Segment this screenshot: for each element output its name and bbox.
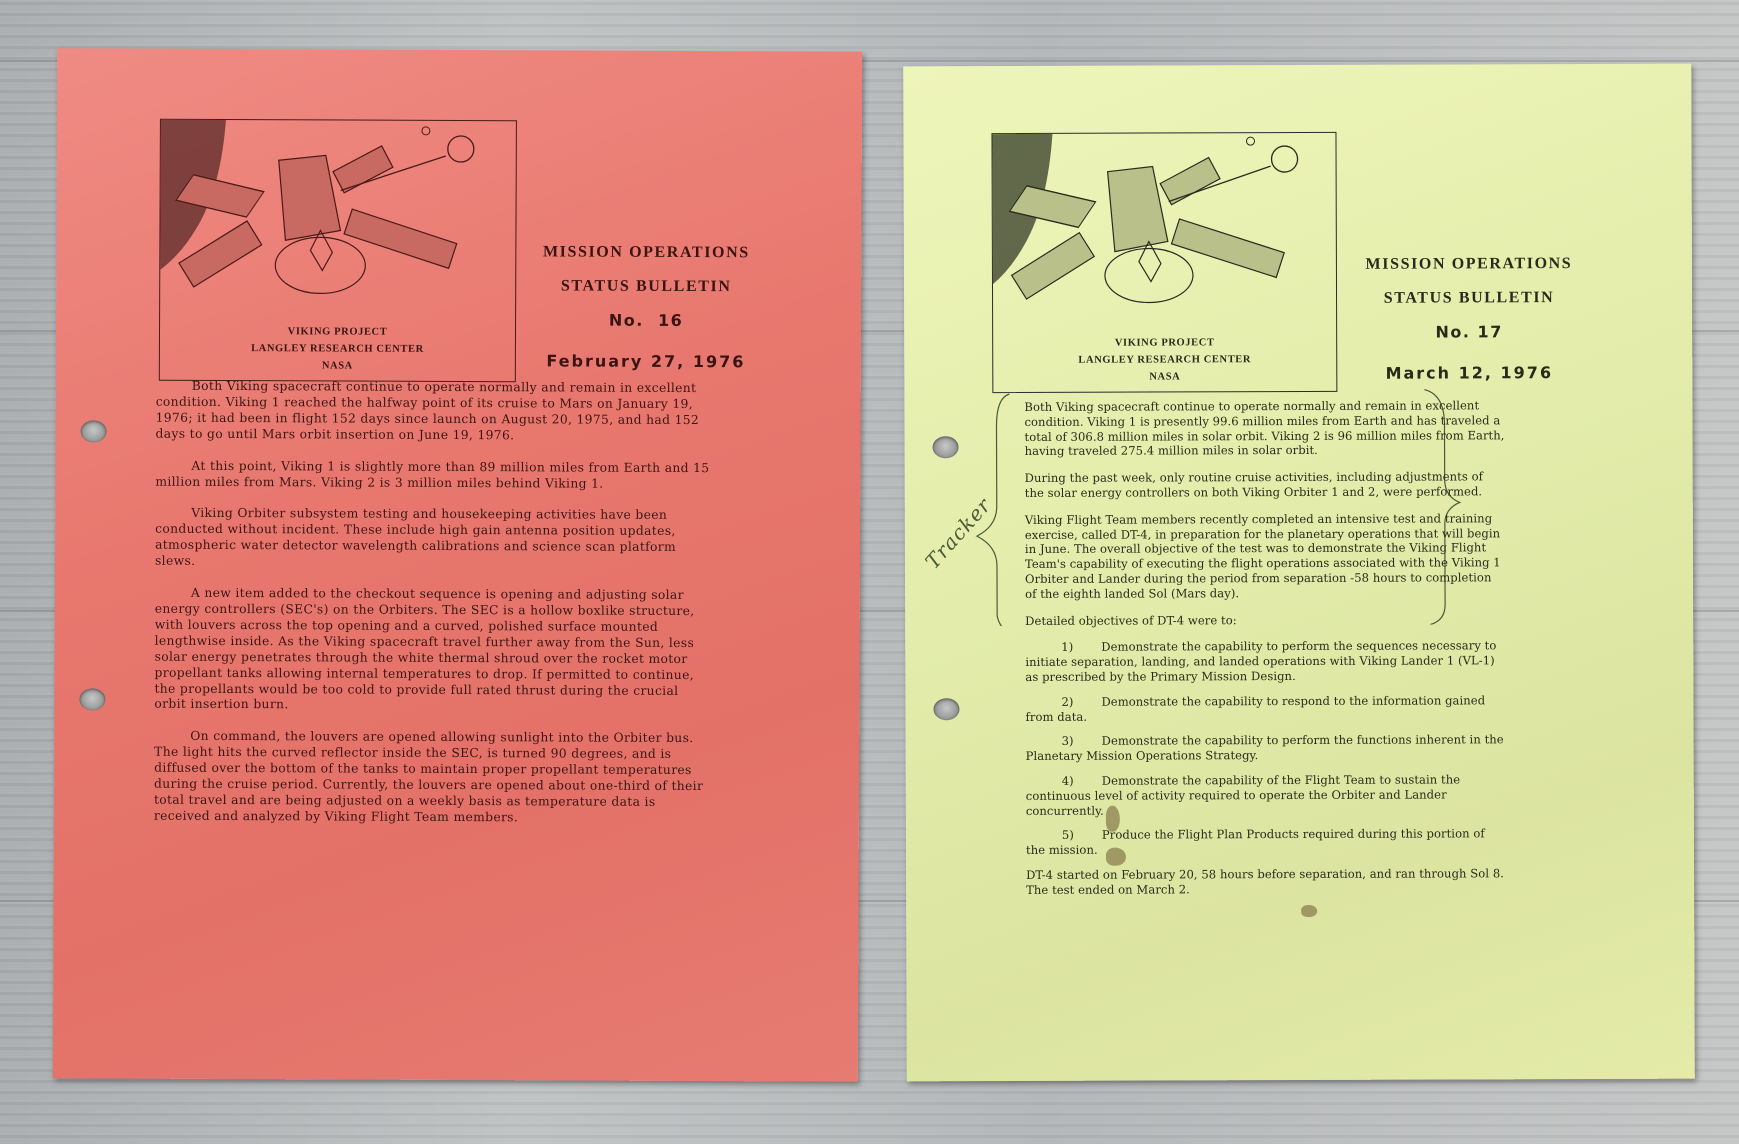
bulletin-number: No. 16 <box>526 303 766 338</box>
caption-line: VIKING PROJECT <box>993 334 1336 352</box>
objective-number: 1) <box>1061 640 1101 655</box>
body-paragraph: During the past week, only routine cruis… <box>1025 469 1505 500</box>
bulletin-body: Both Viking spacecraft continue to opera… <box>154 379 716 843</box>
closing-paragraph: DT-4 started on February 20, 58 hours be… <box>1026 866 1506 897</box>
punch-hole <box>81 420 107 442</box>
caption-line: VIKING PROJECT <box>160 323 515 342</box>
body-paragraph: Detailed objectives of DT-4 were to: <box>1025 612 1505 628</box>
caption-line: LANGLEY RESEARCH CENTER <box>993 351 1336 369</box>
masthead-caption: VIKING PROJECT LANGLEY RESEARCH CENTER N… <box>993 334 1336 386</box>
bulletin-number: No. 17 <box>1349 315 1589 350</box>
body-paragraph: Both Viking spacecraft continue to opera… <box>156 379 716 445</box>
masthead-illustration: VIKING PROJECT LANGLEY RESEARCH CENTER N… <box>991 132 1337 393</box>
punch-hole <box>79 688 105 710</box>
viking-orbiter-illustration <box>992 133 1336 334</box>
objective-number: 4) <box>1062 774 1102 789</box>
caption-line: LANGLEY RESEARCH CENTER <box>160 340 515 359</box>
bulletin-body: Both Viking spacecraft continue to opera… <box>1024 398 1506 909</box>
bulletin-date: March 12, 1976 <box>1349 363 1589 383</box>
bulletin-17-page: VIKING PROJECT LANGLEY RESEARCH CENTER N… <box>903 64 1695 1082</box>
bulletin-subtitle: STATUS BULLETIN <box>526 269 766 304</box>
earth-icon <box>448 136 474 162</box>
objective-item: 1)Demonstrate the capability to perform … <box>1025 639 1505 685</box>
body-paragraph: Viking Orbiter subsystem testing and hou… <box>155 506 715 572</box>
caption-line: NASA <box>993 368 1336 386</box>
bulletin-title: MISSION OPERATIONS <box>1349 247 1589 282</box>
objective-number: 2) <box>1061 694 1101 709</box>
masthead-caption: VIKING PROJECT LANGLEY RESEARCH CENTER N… <box>160 323 515 376</box>
body-paragraph: Both Viking spacecraft continue to opera… <box>1024 398 1504 459</box>
caption-line: NASA <box>160 357 515 376</box>
body-paragraph: A new item added to the checkout sequenc… <box>154 586 715 716</box>
body-paragraph: Viking Flight Team members recently comp… <box>1025 511 1505 601</box>
bulletin-title-block: MISSION OPERATIONS STATUS BULLETIN No. 1… <box>526 235 767 371</box>
bulletin-subtitle: STATUS BULLETIN <box>1349 281 1589 316</box>
earth-icon <box>1272 146 1298 172</box>
body-paragraph: On command, the louvers are opened allow… <box>154 729 714 827</box>
objective-item: 3)Demonstrate the capability to perform … <box>1026 733 1506 764</box>
viking-orbiter-illustration <box>160 120 516 322</box>
objective-item: 2)Demonstrate the capability to respond … <box>1025 693 1505 724</box>
bulletin-title: MISSION OPERATIONS <box>526 235 766 270</box>
punch-hole <box>933 698 959 720</box>
objective-number: 3) <box>1062 734 1102 749</box>
bulletin-title-block: MISSION OPERATIONS STATUS BULLETIN No. 1… <box>1349 247 1589 383</box>
bulletin-date: February 27, 1976 <box>526 351 766 371</box>
objective-number: 5) <box>1062 828 1102 843</box>
objective-item: 5)Produce the Flight Plan Products requi… <box>1026 827 1506 858</box>
body-paragraph: At this point, Viking 1 is slightly more… <box>155 458 715 492</box>
masthead-illustration: VIKING PROJECT LANGLEY RESEARCH CENTER N… <box>159 119 517 383</box>
bulletin-16-page: VIKING PROJECT LANGLEY RESEARCH CENTER N… <box>53 48 862 1082</box>
objective-item: 4)Demonstrate the capability of the Flig… <box>1026 772 1506 818</box>
